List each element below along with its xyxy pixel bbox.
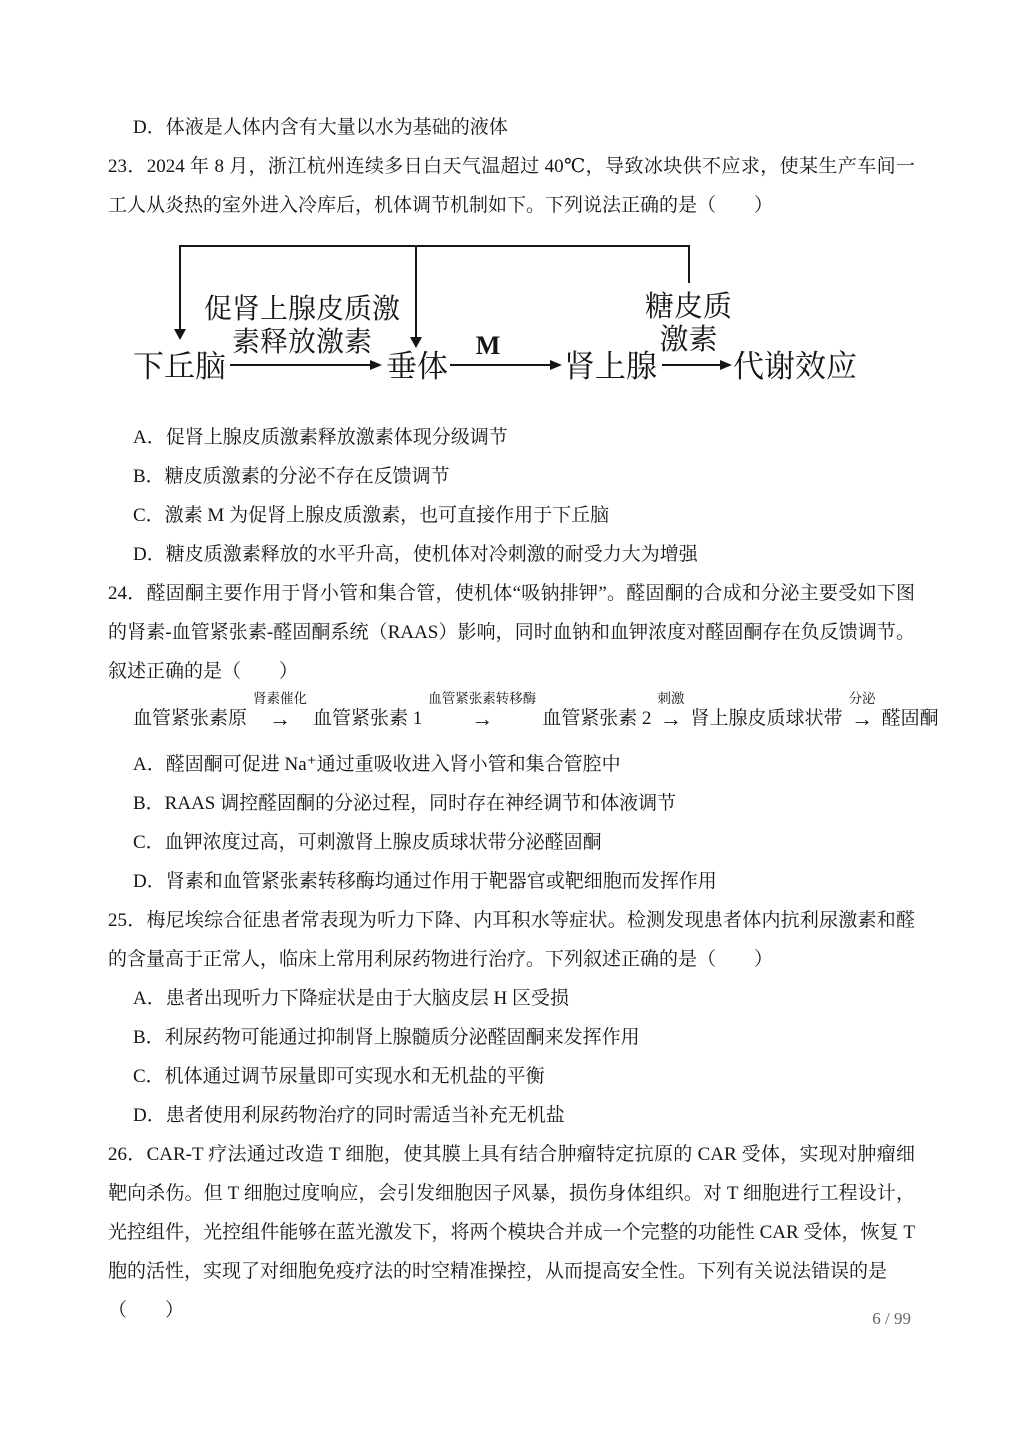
q24-option-b: B．RAAS 调控醛固酮的分泌过程，同时存在神经调节和体液调节 (108, 784, 915, 823)
feedback-arrow-down-to-hypothalamus-icon (179, 245, 181, 329)
raas-arrow-label: 血管紧张素转移酶 (428, 691, 536, 707)
arrow-right-icon: → (851, 707, 873, 731)
raas-arrow-renin: 肾素催化 → (253, 691, 307, 731)
q24-stem-line-3: 叙述正确的是（ ） (108, 652, 915, 691)
q24-stem-line-2: 的肾素-血管紧张素-醛固酮系统（RAAS）影响，同时血钠和血钾浓度对醛固酮存在负… (108, 613, 915, 652)
raas-node-zona-glomerulosa: 肾上腺皮质球状带 (691, 707, 843, 731)
raas-arrow-secrete: 分泌 → (849, 691, 876, 731)
q23-option-c: C．激素 M 为促肾上腺皮质激素，也可直接作用于下丘脑 (108, 496, 915, 535)
arrow-right-icon: → (269, 707, 291, 731)
page-number: 6 / 99 (108, 1307, 915, 1331)
raas-node-angiotensinogen: 血管紧张素原 (133, 707, 247, 731)
hormone-m-label: M (463, 331, 513, 361)
raas-node-angiotensin-2: 血管紧张素 2 (542, 707, 651, 731)
arrow-right-icon (662, 364, 720, 366)
q23-option-b: B．糖皮质激素的分泌不存在反馈调节 (108, 457, 915, 496)
arrow-right-icon (230, 364, 370, 366)
q24-stem-line-1: 24．醛固酮主要作用于肾小管和集合管，使机体“吸钠排钾”。醛固酮的合成和分泌主要… (108, 574, 915, 613)
node-adrenal: 肾上腺 (564, 349, 657, 385)
feedback-arrow-down-to-pituitary-icon (415, 245, 417, 337)
exam-page: D．体液是人体内含有大量以水为基础的液体 23．2024 年 8 月，浙江杭州连… (0, 0, 1020, 1430)
feedback-top-line (179, 245, 690, 247)
raas-arrow-stimulate: 刺激 → (658, 691, 685, 731)
raas-node-aldosterone: 醛固酮 (882, 707, 939, 731)
q22-option-d: D．体液是人体内含有大量以水为基础的液体 (108, 108, 915, 147)
q24-option-a: A．醛固酮可促进 Na⁺通过重吸收进入肾小管和集合管腔中 (108, 745, 915, 784)
node-metabolic-effect: 代谢效应 (733, 349, 857, 385)
q25-option-d: D．患者使用利尿药物治疗的同时需适当补充无机盐 (108, 1096, 915, 1135)
arrow-right-icon: → (660, 707, 682, 731)
glucocorticoid-label: 糖皮质 激素 (636, 291, 741, 357)
q23-hormone-pathway-diagram: 促肾上腺皮质激 素释放激素 糖皮质 激素 M 下丘脑 垂体 肾上腺 代谢效应 (108, 225, 915, 418)
q24-raas-flow-diagram: 血管紧张素原 肾素催化 → 血管紧张素 1 血管紧张素转移酶 → 血管紧张素 2… (108, 691, 915, 745)
page-content: D．体液是人体内含有大量以水为基础的液体 23．2024 年 8 月，浙江杭州连… (108, 108, 915, 1331)
crh-label-line-1: 促肾上腺皮质激 (193, 293, 411, 326)
raas-arrow-ace: 血管紧张素转移酶 → (428, 691, 536, 731)
raas-arrow-label: 肾素催化 (253, 691, 307, 707)
q25-stem-line-2: 的含量高于正常人，临床上常用利尿药物进行治疗。下列叙述正确的是（ ） (108, 940, 915, 979)
q23-stem-line-2: 工人从炎热的室外进入冷库后，机体调节机制如下。下列说法正确的是（ ） (108, 186, 915, 225)
q25-option-c: C．机体通过调节尿量即可实现水和无机盐的平衡 (108, 1057, 915, 1096)
raas-arrow-label: 刺激 (658, 691, 685, 707)
arrow-right-icon: → (471, 707, 493, 731)
q25-option-b: B．利尿药物可能通过抑制肾上腺髓质分泌醛固酮来发挥作用 (108, 1018, 915, 1057)
node-hypothalamus: 下丘脑 (133, 349, 226, 385)
node-pituitary: 垂体 (386, 349, 448, 385)
arrow-right-icon (450, 364, 550, 366)
q25-stem-line-1: 25．梅尼埃综合征患者常表现为听力下降、内耳积水等症状。检测发现患者体内抗利尿激… (108, 901, 915, 940)
q23-option-a: A．促肾上腺皮质激素释放激素体现分级调节 (108, 418, 915, 457)
raas-node-angiotensin-1: 血管紧张素 1 (313, 707, 422, 731)
q24-option-c: C．血钾浓度过高，可刺激肾上腺皮质球状带分泌醛固酮 (108, 823, 915, 862)
q23-stem-line-1: 23．2024 年 8 月，浙江杭州连续多日白天气温超过 40℃，导致冰块供不应… (108, 147, 915, 186)
q23-option-d: D．糖皮质激素释放的水平升高，使机体对冷刺激的耐受力大为增强 (108, 535, 915, 574)
q25-option-a: A．患者出现听力下降症状是由于大脑皮层 H 区受损 (108, 979, 915, 1018)
raas-arrow-label: 分泌 (849, 691, 876, 707)
feedback-riser-line (688, 245, 690, 283)
q26-stem-line-4: 胞的活性，实现了对细胞免疫疗法的时空精准操控，从而提高安全性。下列有关说法错误的… (108, 1252, 915, 1291)
q26-stem-line-3: 光控组件，光控组件能够在蓝光激发下，将两个模块合并成一个完整的功能性 CAR 受… (108, 1213, 915, 1252)
gc-label-line-1: 糖皮质 (636, 291, 741, 324)
q26-stem-line-2: 靶向杀伤。但 T 细胞过度响应，会引发细胞因子风暴，损伤身体组织。对 T 细胞进… (108, 1174, 915, 1213)
q24-option-d: D．肾素和血管紧张素转移酶均通过作用于靶器官或靶细胞而发挥作用 (108, 862, 915, 901)
q26-stem-line-1: 26．CAR-T 疗法通过改造 T 细胞，使其膜上具有结合肿瘤特定抗原的 CAR… (108, 1135, 915, 1174)
